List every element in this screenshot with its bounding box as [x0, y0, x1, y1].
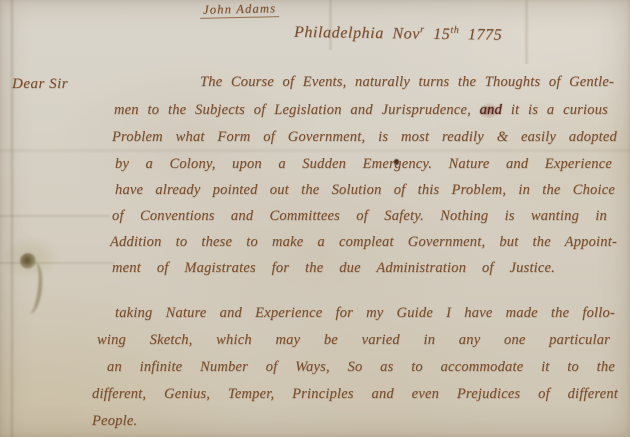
letter-line-4: by a Colony, upon a Sudden Emergency. Na…	[115, 154, 612, 174]
vertical-fold-crease	[9, 0, 15, 437]
line-segment: it is a curious	[502, 102, 608, 118]
letter-line-10: wing Sketch, which may be varied in any …	[97, 330, 610, 350]
salutation: Dear Sir	[12, 76, 68, 93]
letter-line-6: of Conventions and Committees of Safety.…	[112, 206, 607, 226]
ink-blotted-word: and	[480, 102, 502, 118]
horizontal-fold-crease	[0, 214, 110, 218]
line-segment: men to the Subjects of Legislation and J…	[114, 102, 480, 118]
letter-line-5: have already pointed out the Solution of…	[115, 180, 615, 200]
docket-name: John Adams	[200, 1, 280, 18]
letter-line-8: ment of Magistrates for the due Administ…	[112, 258, 555, 278]
vertical-fold-crease	[524, 0, 529, 64]
letter-line-3: Problem what Form of Government, is most…	[112, 127, 617, 147]
letter-line-1: The Course of Events, naturally turns th…	[200, 72, 614, 92]
docket-name-text: John Adams	[200, 1, 280, 19]
dateline-place: Philadelphia Nov	[294, 24, 420, 43]
dateline-day: 15	[424, 26, 450, 43]
dateline: Philadelphia Novr 15th 1775	[294, 23, 503, 45]
letter-line-11: an infinite Number of Ways, So as to acc…	[107, 357, 615, 377]
letter-line-13: People.	[92, 411, 137, 431]
letter-line-9: taking Nature and Experience for my Guid…	[115, 303, 615, 323]
letter-line-7: Addition to these to make a compleat Gov…	[110, 232, 617, 252]
dateline-year: 1775	[459, 26, 502, 44]
manuscript-letter-page: John Adams Philadelphia Novr 15th 1775 D…	[0, 0, 630, 437]
letter-line-12: different, Genius, Temper, Principles an…	[92, 384, 618, 404]
letter-line-2: men to the Subjects of Legislation and J…	[114, 100, 608, 120]
horizontal-fold-crease	[0, 148, 630, 153]
